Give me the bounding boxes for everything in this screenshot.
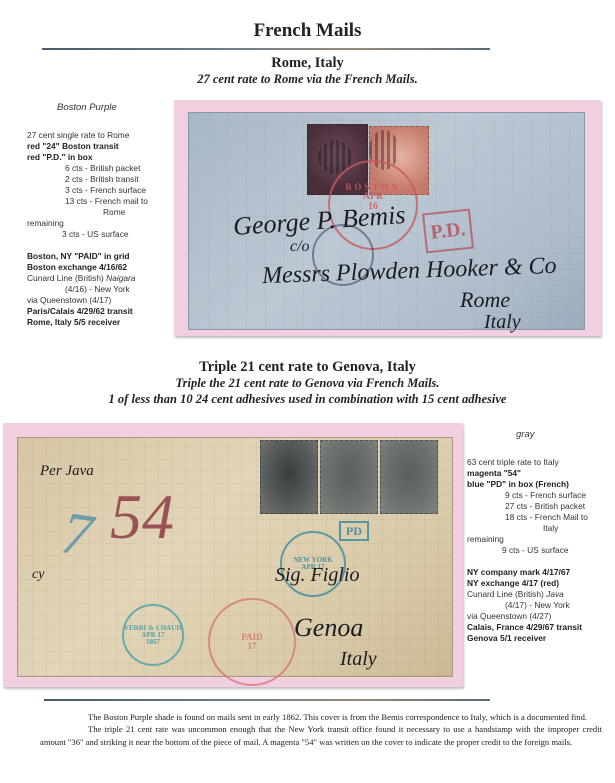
footer-divider <box>44 699 490 701</box>
route-line: Rome, Italy 5/5 receiver <box>27 317 162 328</box>
mark-line: magenta "54" <box>467 468 615 479</box>
mark-line: blue "PD" in box (French) <box>467 479 615 490</box>
breakdown-line: 27 cts - British packet <box>467 501 615 512</box>
remaining-line: 3 cts - US surface <box>27 229 162 240</box>
route-line: via Queenstown (4/17) <box>27 295 162 306</box>
ship-line-prefix: Cunard Line (British) <box>27 273 106 283</box>
route-ship-line: Cunard Line (British) Java <box>467 589 615 600</box>
company-postmark: FERRI & CHAUD APR 17 1867 <box>122 604 184 666</box>
remaining-line: 9 cts - US surface <box>467 545 615 556</box>
section1-notes: Boston Purple 27 cent single rate to Rom… <box>27 102 162 328</box>
rate-line: 63 cent triple rate to Italy <box>467 457 615 468</box>
address-line: Rome <box>460 287 510 313</box>
route-line: (4/16) - New York <box>27 284 162 295</box>
section2-subtitle: Triple the 21 cent rate to Genova via Fr… <box>0 376 615 391</box>
remaining-label: remaining <box>27 218 162 229</box>
description-paragraph: The triple 21 cent rate was uncommon eno… <box>40 723 602 748</box>
route-line: via Queenstown (4/27) <box>467 611 615 622</box>
address-line: Sig. Figlio <box>275 564 359 587</box>
section2-title: Triple 21 cent rate to Genova, Italy <box>0 359 615 376</box>
section1-subtitle: 27 cent rate to Rome via the French Mail… <box>0 72 615 87</box>
address-line: c/o <box>290 238 310 256</box>
cy-notation: cy <box>32 567 44 583</box>
paid-postmark: PAID 17 <box>208 598 296 686</box>
stamp-24-cent-gray <box>320 440 378 514</box>
breakdown-continued: Rome <box>27 207 162 218</box>
ship-line-prefix: Cunard Line (British) <box>467 589 546 599</box>
route-line: Paris/Calais 4/29/62 transit <box>27 306 162 317</box>
route-line: Genova 5/1 receiver <box>467 633 615 644</box>
shade-label: gray <box>467 429 615 440</box>
mark-line: red "24" Boston transit <box>27 141 162 152</box>
section2-subtitle-2: 1 of less than 10 24 cent adhesives used… <box>0 392 615 407</box>
ship-name: Java <box>546 589 564 599</box>
shade-label: Boston Purple <box>27 102 162 113</box>
section2-notes: gray 63 cent triple rate to Italy magent… <box>467 429 615 644</box>
address-line: Italy <box>484 311 521 334</box>
remaining-label: remaining <box>467 534 615 545</box>
section1-title: Rome, Italy <box>0 55 615 72</box>
page-title: French Mails <box>0 20 615 42</box>
route-line: Calais, France 4/29/67 transit <box>467 622 615 633</box>
breakdown-line: 9 cts - French surface <box>467 490 615 501</box>
route-line: Boston, NY "PAID" in grid <box>27 251 162 262</box>
description-paragraph: The Boston Purple shade is found on mail… <box>40 711 602 723</box>
pd-box-mark: P.D. <box>422 209 474 254</box>
breakdown-line: 3 cts - French surface <box>27 185 162 196</box>
header-divider <box>42 48 490 50</box>
magenta-54-mark: 54 <box>110 480 174 554</box>
pd-box-mark: PD <box>339 521 369 541</box>
postmark-year: 1867 <box>146 639 160 646</box>
mark-line: red "P.D." in box <box>27 152 162 163</box>
rate-line: 27 cent single rate to Rome <box>27 130 162 141</box>
description-text: The Boston Purple shade is found on mail… <box>40 711 602 748</box>
route-line: NY exchange 4/17 (red) <box>467 578 615 589</box>
stamp-24-cent-gray <box>380 440 438 514</box>
route-line: Boston exchange 4/16/62 <box>27 262 162 273</box>
ship-name: Naigara <box>106 273 135 283</box>
address-line: Genoa <box>294 613 363 643</box>
breakdown-continued: Italy <box>467 523 615 534</box>
postmark-day: 17 <box>248 642 257 651</box>
per-ship-endorsement: Per Java <box>40 463 94 480</box>
route-line: NY company mark 4/17/67 <box>467 567 615 578</box>
breakdown-line: 13 cts - French mail to <box>27 196 162 207</box>
breakdown-line: 18 cts - French Mail to <box>467 512 615 523</box>
breakdown-line: 2 cts - British transit <box>27 174 162 185</box>
route-line: (4/17) - New York <box>467 600 615 611</box>
route-ship-line: Cunard Line (British) Naigara <box>27 273 162 284</box>
postmark-date: APR <box>363 192 384 202</box>
breakdown-line: 6 cts - British packet <box>27 163 162 174</box>
stamp-15-cent <box>260 440 318 514</box>
address-line: Italy <box>340 648 377 671</box>
